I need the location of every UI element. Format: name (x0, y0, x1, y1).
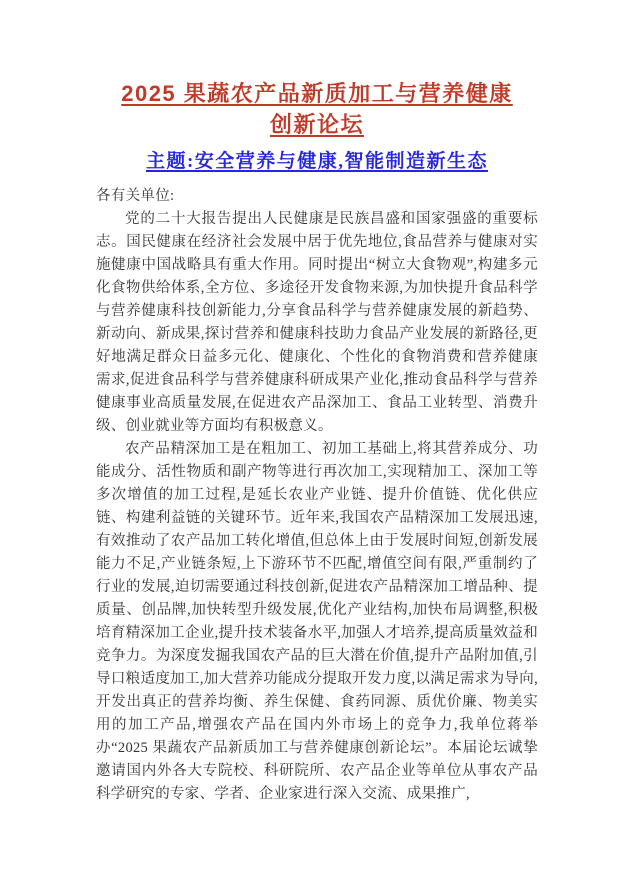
body-paragraph-2: 农产品精深加工是在粗加工、初加工基础上,将其营养成分、功能成分、活性物质和副产物… (96, 438, 538, 806)
document-subtitle-text: 主题:安全营养与健康,智能制造新生态 (146, 151, 488, 172)
body-paragraph-1: 党的二十大报告提出人民健康是民族昌盛和国家强盛的重要标志。国民健康在经济社会发展… (96, 208, 538, 438)
document-subtitle: 主题:安全营养与健康,智能制造新生态 (96, 150, 538, 174)
document-page: 2025 果蔬农产品新质加工与营养健康 创新论坛 主题:安全营养与健康,智能制造… (0, 0, 633, 893)
document-body: 各有关单位: 党的二十大报告提出人民健康是民族昌盛和国家强盛的重要标志。国民健康… (96, 185, 538, 806)
document-title-line2: 创新论坛 (270, 112, 364, 137)
salutation-line: 各有关单位: (96, 185, 538, 208)
document-title: 2025 果蔬农产品新质加工与营养健康 创新论坛 (96, 78, 538, 140)
document-title-line1: 2025 果蔬农产品新质加工与营养健康 (121, 81, 513, 106)
